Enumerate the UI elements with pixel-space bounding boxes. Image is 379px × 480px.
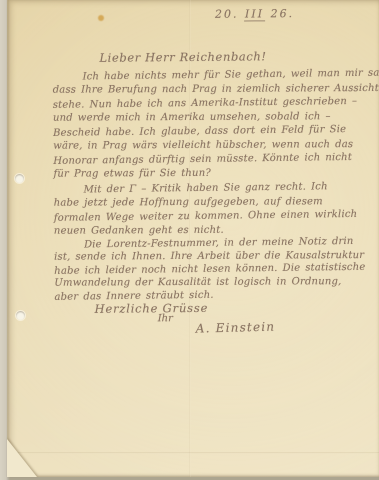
pre-signature: Ihr [158,313,173,324]
letter-date: 20. III 26. [215,7,294,21]
paragraph-1: Ich habe nichts mehr für Sie gethan, wei… [53,69,356,184]
salutation: Lieber Herr Reichenbach! [99,49,266,64]
date-day: 20. [215,8,239,21]
paragraph-2: Mit der Γ – Kritik haben Sie ganz recht.… [54,182,356,241]
paragraph-3: Die Lorentz-Festnummer, in der meine Not… [54,237,357,305]
scanned-letter: 20. III 26. Lieber Herr Reichenbach! Ich… [0,0,379,480]
date-year: 26. [271,7,295,20]
signature: A. Einstein [196,320,276,336]
date-month-roman: III [244,7,265,21]
valediction: Herzliche Grüsse [95,301,209,316]
letter-body: 20. III 26. Lieber Herr Reichenbach! Ich… [0,0,379,480]
letter-line: für Prag etwas für Sie thun? [53,167,355,183]
